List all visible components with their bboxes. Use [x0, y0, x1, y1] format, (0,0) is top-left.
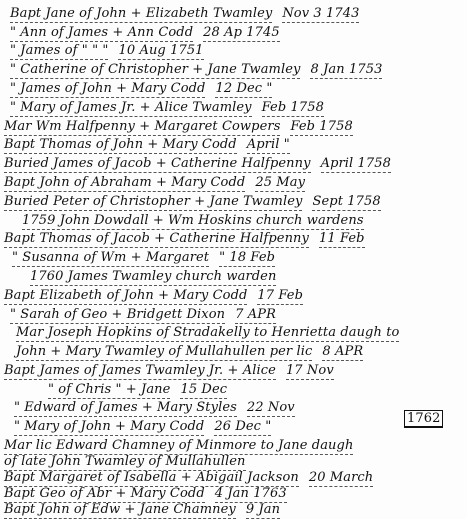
entry-date: 7 APR — [235, 307, 276, 324]
register-entry: " Mary of James Jr. + Alice TwamleyFeb 1… — [10, 100, 324, 116]
entry-text: " Catherine of Christopher + Jane Twamle… — [10, 62, 300, 79]
entry-text: Buried Peter of Christopher + Jane Twaml… — [4, 194, 302, 211]
entry-text: " James of " " " — [10, 43, 108, 60]
entry-date: 22 Nov — [247, 400, 295, 417]
entry-date: 8 Jan 1753 — [310, 62, 382, 79]
entry-date: 17 Feb — [257, 288, 303, 305]
register-entry: Mar lic Edward Chamney of Minmore to Jan… — [4, 438, 353, 454]
register-entry: Bapt James of James Twamley Jr. + Alice1… — [4, 363, 334, 379]
entry-text: Mar Joseph Hopkins of Stradakelly to Hen… — [16, 325, 399, 342]
entry-text: " Edward of James + Mary Styles — [14, 400, 237, 417]
register-entry: Bapt Elizabeth of John + Mary Codd17 Feb — [4, 288, 303, 304]
entry-text: of late John Twamley of Mullahullen — [4, 454, 246, 471]
year-box: 1762 — [404, 410, 443, 428]
entry-date: 10 Aug 1751 — [118, 43, 203, 60]
entry-date: 28 Ap 1745 — [203, 25, 280, 42]
entry-text: Bapt John of Abraham + Mary Codd — [4, 175, 245, 192]
register-entry: " Edward of James + Mary Styles22 Nov — [14, 400, 295, 416]
entry-date: 15 Dec — [180, 382, 227, 399]
entry-date: Feb 1758 — [290, 119, 352, 136]
register-entry: of late John Twamley of Mullahullen — [4, 454, 246, 470]
entry-date: 4 Jan 1763 — [215, 486, 287, 503]
entry-date: 17 Nov — [286, 363, 334, 380]
entry-text: John + Mary Twamley of Mullahullen per l… — [16, 344, 312, 361]
register-entry: " Ann of James + Ann Codd28 Ap 1745 — [10, 25, 280, 41]
entry-text: " Mary of John + Mary Codd — [14, 419, 204, 436]
register-entry: " Mary of John + Mary Codd26 Dec " — [14, 419, 271, 435]
entry-date: Nov 3 1743 — [282, 6, 359, 23]
entry-text: " of Chris " + Jane — [48, 382, 170, 399]
entry-text: Bapt John of Edw + Jane Chamney — [4, 502, 236, 519]
entry-date: 12 Dec " — [215, 81, 272, 98]
register-entry: 1759 John Dowdall + Wm Hoskins church wa… — [22, 213, 364, 229]
entry-text: Bapt Elizabeth of John + Mary Codd — [4, 288, 247, 305]
entry-text: " James of John + Mary Codd — [10, 81, 205, 98]
entry-date: 11 Feb — [319, 231, 365, 248]
entry-text: Bapt Thomas of John + Mary Codd — [4, 137, 237, 154]
register-entry: John + Mary Twamley of Mullahullen per l… — [16, 344, 363, 360]
entry-date: 26 Dec " — [214, 419, 271, 436]
register-entry: " James of " " "10 Aug 1751 — [10, 43, 204, 59]
entry-text: Buried James of Jacob + Catherine Halfpe… — [4, 156, 311, 173]
register-entry: " Catherine of Christopher + Jane Twamle… — [10, 62, 382, 78]
entry-date: 9 Jan — [246, 502, 280, 519]
register-entry: Bapt John of Abraham + Mary Codd25 May — [4, 175, 305, 191]
entry-date: April " — [247, 137, 290, 154]
entry-text: Mar Wm Halfpenny + Margaret Cowpers — [4, 119, 280, 136]
entry-text: Mar lic Edward Chamney of Minmore to Jan… — [4, 438, 353, 455]
entry-date: April 1758 — [321, 156, 391, 173]
entry-text: " Mary of James Jr. + Alice Twamley — [10, 100, 252, 117]
register-entry: " Susanna of Wm + Margaret" 18 Feb — [12, 250, 275, 266]
register-entry: Bapt Thomas of John + Mary CoddApril " — [4, 137, 290, 153]
entry-text: Bapt Geo of Abr + Mary Codd — [4, 486, 205, 503]
entry-text: 1759 John Dowdall + Wm Hoskins church wa… — [22, 213, 364, 230]
register-entry: Bapt Geo of Abr + Mary Codd4 Jan 1763 — [4, 486, 287, 502]
entry-text: Bapt Jane of John + Elizabeth Twamley — [10, 6, 272, 23]
entry-date: 25 May — [255, 175, 305, 192]
register-entry: Bapt Margaret of Isabella + Abigail Jack… — [4, 470, 373, 486]
entry-text: Bapt James of James Twamley Jr. + Alice — [4, 363, 276, 380]
entry-text: 1760 James Twamley church warden — [30, 269, 276, 286]
year-marker: 1762 — [404, 411, 443, 427]
entry-text: " Ann of James + Ann Codd — [10, 25, 193, 42]
entry-date: Sept 1758 — [312, 194, 380, 211]
entry-text: " Susanna of Wm + Margaret — [12, 250, 209, 267]
entry-date: " 18 Feb — [219, 250, 275, 267]
register-entry: " Sarah of Geo + Bridgett Dixon7 APR — [10, 307, 276, 323]
entry-text: " Sarah of Geo + Bridgett Dixon — [10, 307, 225, 324]
register-entry: Mar Wm Halfpenny + Margaret CowpersFeb 1… — [4, 119, 353, 135]
register-entry: Buried James of Jacob + Catherine Halfpe… — [4, 156, 391, 172]
register-entry: Bapt Thomas of Jacob + Catherine Halfpen… — [4, 231, 365, 247]
entry-date: 8 APR — [322, 344, 363, 361]
entry-date: 20 March — [309, 470, 373, 487]
register-entry: 1760 James Twamley church warden — [30, 269, 276, 285]
entry-text: Bapt Thomas of Jacob + Catherine Halfpen… — [4, 231, 309, 248]
register-entry: Bapt Jane of John + Elizabeth TwamleyNov… — [10, 6, 359, 22]
register-entry: " James of John + Mary Codd12 Dec " — [10, 81, 272, 97]
register-entry: Buried Peter of Christopher + Jane Twaml… — [4, 194, 381, 210]
register-entry: " of Chris " + Jane15 Dec — [48, 382, 227, 398]
register-entry: Bapt John of Edw + Jane Chamney9 Jan — [4, 502, 280, 518]
register-page: Bapt Jane of John + Elizabeth TwamleyNov… — [0, 0, 467, 519]
register-entry: Mar Joseph Hopkins of Stradakelly to Hen… — [16, 325, 399, 341]
entry-date: Feb 1758 — [262, 100, 324, 117]
entry-text: Bapt Margaret of Isabella + Abigail Jack… — [4, 470, 299, 487]
